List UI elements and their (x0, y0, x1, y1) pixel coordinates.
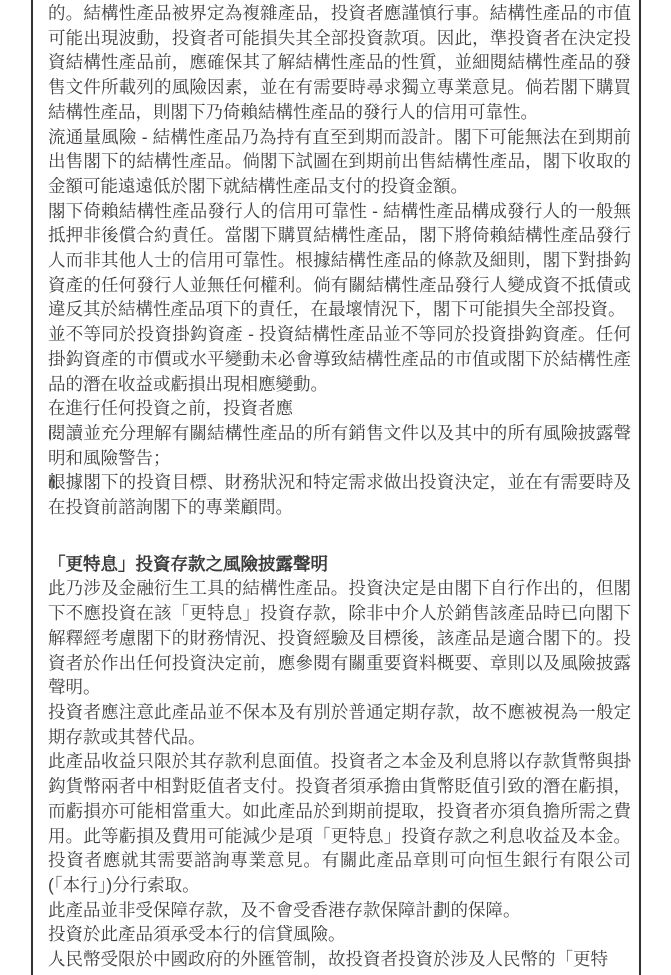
bullet-text: 並不等同於投資掛鈎資產 - 投資結構性產品並不等同於投資掛鈎資產。任何掛鈎資產的… (48, 324, 631, 393)
bullet-liquidity-risk: · 流通量風險 - 結構性產品乃為持有直至到期而設計。閣下可能無法在到期前出售閣… (48, 125, 631, 199)
sub-item-numeral: i. (48, 421, 57, 446)
bullet-dot-icon: · (58, 199, 64, 224)
sub-item-text: 閱讀並充分理解有關結構性產品的所有銷售文件以及其中的所有風險披露聲明和風險警告； (48, 423, 631, 468)
sub-item-ii: ii. 根據閣下的投資目標、財務狀況和特定需求做出投資決定，並在有需要時及在投資… (48, 470, 631, 519)
page-left-border-line (31, 0, 33, 975)
bullet-text: 在進行任何投資之前，投資者應 (48, 398, 293, 418)
bullet-text: 投資於此產品須承受本行的信貸風險。 (48, 924, 346, 944)
page-right-border-line (639, 0, 641, 975)
bullet-not-principal-protected: · 投資者應注意此產品並不保本及有別於普通定期存款，故不應被視為一般定期存款或其… (48, 700, 631, 749)
bullet-text: 閣下倚賴結構性產品發行人的信用可靠性 - 結構性產品構成發行人的一般無抵押非後償… (48, 201, 631, 320)
bullet-text: 人民幣受限於中國政府的外匯管制，故投資者投資於涉及人民幣的「更特 (48, 949, 608, 969)
bullet-before-investing: · 在進行任何投資之前，投資者應 (48, 396, 631, 421)
bullet-issuer-credit-risk: · 閣下倚賴結構性產品發行人的信用可靠性 - 結構性產品構成發行人的一般無抵押非… (48, 199, 631, 323)
sub-item-i: i. 閱讀並充分理解有關結構性產品的所有銷售文件以及其中的所有風險披露聲明和風險… (48, 421, 631, 470)
risk-disclosure-document-page: 的。結構性產品被界定為複雜產品，投資者應謹慎行事。結構性產品的市值可能出現波動，… (0, 0, 671, 975)
bullet-text: 此產品收益只限於其存款利息面值。投資者之本金及利息將以存款貨幣與掛鈎貨幣兩者中相… (48, 751, 631, 895)
bullet-text: 流通量風險 - 結構性產品乃為持有直至到期而設計。閣下可能無法在到期前出售閣下的… (48, 127, 631, 196)
section-heading-deposit-plus-risk-disclosure: 「更特息」投資存款之風險披露聲明 (48, 552, 631, 577)
bullet-not-same-as-linked-assets: · 並不等同於投資掛鈎資產 - 投資結構性產品並不等同於投資掛鈎資產。任何掛鈎資… (48, 322, 631, 396)
bullet-derivatives-product-suitability: · 此乃涉及金融衍生工具的結構性產品。投資決定是由閣下自行作出的，但閣下不應投資… (48, 576, 631, 700)
bullet-dot-icon: · (58, 700, 64, 725)
bullet-dot-icon: · (58, 396, 64, 421)
bullet-dot-icon: · (58, 898, 64, 923)
bullet-text: 此產品並非受保障存款，及不會受香港存款保障計劃的保障。 (48, 900, 521, 920)
bullet-text: 此乃涉及金融衍生工具的結構性產品。投資決定是由閣下自行作出的，但閣下不應投資在該… (48, 578, 631, 697)
bullet-dot-icon: · (58, 576, 64, 601)
bullet-dot-icon: · (58, 322, 64, 347)
bullet-dot-icon: · (58, 749, 64, 774)
bullet-rmb-exchange-control: · 人民幣受限於中國政府的外匯管制，故投資者投資於涉及人民幣的「更特 (48, 947, 631, 972)
bullet-not-protected-deposit: · 此產品並非受保障存款，及不會受香港存款保障計劃的保障。 (48, 898, 631, 923)
bullet-bank-credit-risk: · 投資於此產品須承受本行的信貸風險。 (48, 922, 631, 947)
sub-item-numeral: ii. (48, 470, 61, 495)
bullet-dot-icon: · (58, 947, 64, 972)
structured-products-intro-paragraph: 的。結構性產品被界定為複雜產品，投資者應謹慎行事。結構性產品的市值可能出現波動，… (48, 1, 631, 125)
bullet-text: 投資者應注意此產品並不保本及有別於普通定期存款，故不應被視為一般定期存款或其替代… (48, 702, 631, 747)
bullet-return-limited-currency-risk: · 此產品收益只限於其存款利息面值。投資者之本金及利息將以存款貨幣與掛鈎貨幣兩者… (48, 749, 631, 897)
sub-item-text: 根據閣下的投資目標、財務狀況和特定需求做出投資決定，並在有需要時及在投資前諮詢閣… (48, 472, 631, 517)
bullet-dot-icon: · (58, 125, 64, 150)
document-content: 的。結構性產品被界定為複雜產品，投資者應謹慎行事。結構性產品的市值可能出現波動，… (48, 1, 631, 972)
bullet-dot-icon: · (58, 922, 64, 947)
